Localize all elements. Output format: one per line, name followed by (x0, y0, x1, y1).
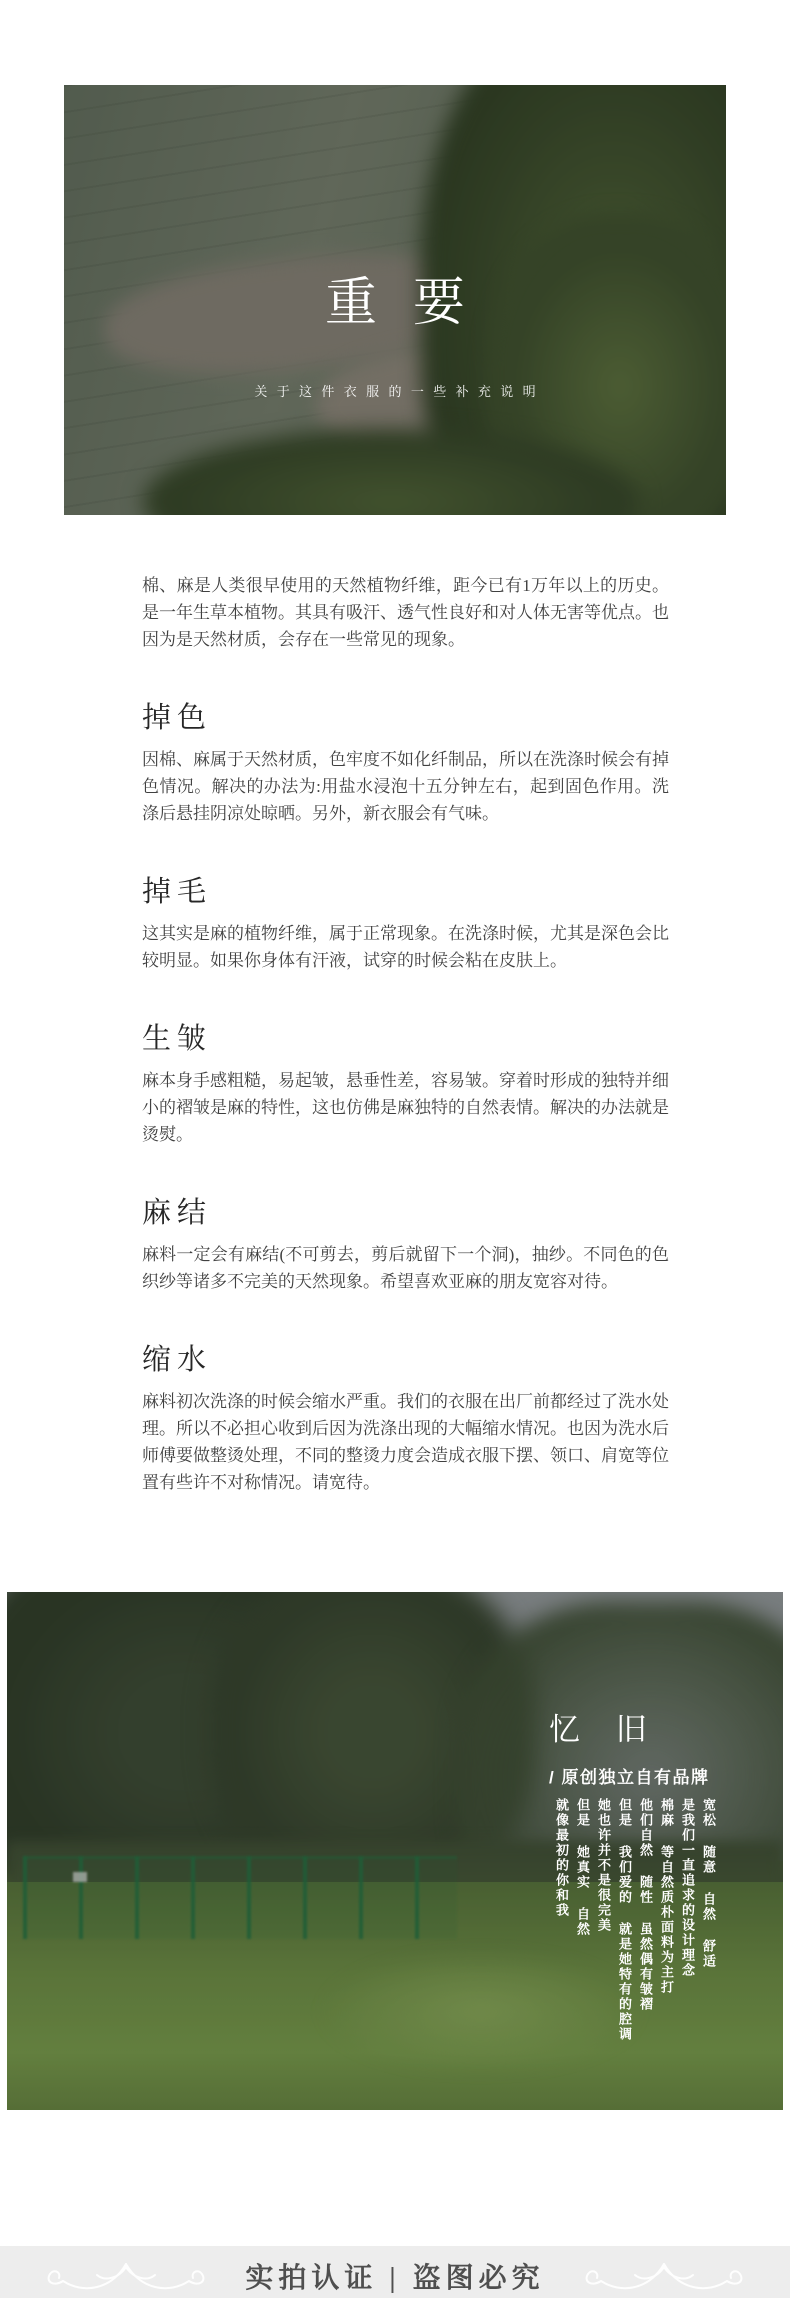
brand-block: 忆 旧 / 原创独立自有品牌 (549, 1704, 719, 1788)
section-body: 麻本身手感粗糙，易起皱，悬垂性差，容易皱。穿着时形成的独特并细小的褶皱是麻的特性… (142, 1067, 669, 1148)
vertical-line: 但是 我们爱的 就是她特有的腔调 (614, 1798, 635, 2050)
vertical-line: 棉麻 等自然质朴面料为主打 (656, 1798, 677, 2050)
hero-text-block: 重 要 关于这件衣服的一些补充说明 (64, 85, 726, 515)
care-section-shedding: 掉毛 这其实是麻的植物纤维，属于正常现象。在洗涤时候，尤其是深色会比较明显。如果… (142, 876, 669, 974)
footer-spacer (0, 2110, 790, 2246)
hero-image: 重 要 关于这件衣服的一些补充说明 (64, 85, 726, 515)
vertical-line: 他们自然 随性 虽然偶有皱褶 (635, 1798, 656, 2050)
brand-name: 忆 旧 (549, 1704, 719, 1749)
vertical-line: 她也许并不是很完美 (593, 1798, 614, 2050)
hero-subtitle: 关于这件衣服的一些补充说明 (245, 381, 545, 400)
flourish-icon (41, 2254, 211, 2298)
care-section-knots: 麻结 麻料一定会有麻结(不可剪去，剪后就留下一个洞)，抽纱。不同色的色织纱等诸多… (142, 1197, 669, 1295)
section-heading: 掉色 (142, 702, 669, 734)
brand-scene-image: 忆 旧 / 原创独立自有品牌 宽松 随意 自然 舒适 是我们一直追求的设计理念 … (7, 1592, 783, 2110)
care-section-wrinkling: 生皱 麻本身手感粗糙，易起皱，悬垂性差，容易皱。穿着时形成的独特并细小的褶皱是麻… (142, 1023, 669, 1148)
section-body: 麻料初次洗涤的时候会缩水严重。我们的衣服在出厂前都经过了洗水处理。所以不必担心收… (142, 1388, 669, 1496)
care-section-fading: 掉色 因棉、麻属于天然材质，色牢度不如化纤制品，所以在洗涤时候会有掉色情况。解决… (142, 702, 669, 827)
care-section-shrinkage: 缩水 麻料初次洗涤的时候会缩水严重。我们的衣服在出厂前都经过了洗水处理。所以不必… (142, 1344, 669, 1496)
brand-tagline: / 原创独立自有品牌 (549, 1763, 719, 1788)
vertical-line: 就像最初的你和我 (551, 1798, 572, 2050)
footer-band: 实拍认证 | 盗图必究 (0, 2246, 790, 2298)
intro-paragraph: 棉、麻是人类很早使用的天然植物纤维，距今已有1万年以上的历史。是一年生草本植物。… (142, 572, 669, 653)
brand-vertical-text: 宽松 随意 自然 舒适 是我们一直追求的设计理念 棉麻 等自然质朴面料为主打 他… (551, 1798, 719, 2050)
section-heading: 掉毛 (142, 876, 669, 908)
section-body: 麻料一定会有麻结(不可剪去，剪后就留下一个洞)，抽纱。不同色的色织纱等诸多不完美… (142, 1241, 669, 1295)
section-heading: 缩水 (142, 1344, 669, 1376)
section-heading: 麻结 (142, 1197, 669, 1229)
section-body: 这其实是麻的植物纤维，属于正常现象。在洗涤时候，尤其是深色会比较明显。如果你身体… (142, 920, 669, 974)
care-content: 棉、麻是人类很早使用的天然植物纤维，距今已有1万年以上的历史。是一年生草本植物。… (142, 572, 669, 1496)
vertical-line: 宽松 随意 自然 舒适 (698, 1798, 719, 2050)
hero-title: 重 要 (314, 260, 477, 335)
section-heading: 生皱 (142, 1023, 669, 1055)
flourish-icon (579, 2254, 749, 2298)
vertical-line: 是我们一直追求的设计理念 (677, 1798, 698, 2050)
section-body: 因棉、麻属于天然材质，色牢度不如化纤制品，所以在洗涤时候会有掉色情况。解决的办法… (142, 746, 669, 827)
footer-text: 实拍认证 | 盗图必究 (245, 2256, 544, 2296)
vertical-line: 但是 她真实 自然 (572, 1798, 593, 2050)
